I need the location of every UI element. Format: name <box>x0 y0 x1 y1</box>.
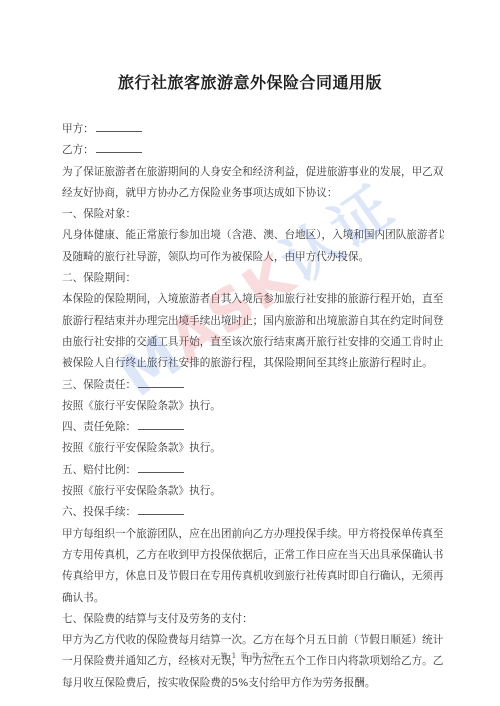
document-title: 旅行社旅客旅游意外保险合同通用版 <box>0 70 500 93</box>
section-heading: 五、赔付比例： <box>62 464 136 476</box>
section-text: 确认书。 <box>62 588 444 609</box>
section-text: 方专用传真机，乙方在收到甲方投保依据后，正常工作日应在当天出具承保确认书并 <box>62 545 444 566</box>
section-heading-row: 五、赔付比例： <box>62 460 444 481</box>
section-heading-row: 三、保险责任： <box>62 375 444 396</box>
section-text: 甲方每组织一个旅游团队，应在出团前向乙方办理投保手续。甲方将投保单传真至乙 <box>62 524 444 545</box>
fill-blank <box>138 419 184 430</box>
section-text: 每月收互保险费后，按实收保险费的5%支付给甲方作为劳务报酬。 <box>62 673 444 694</box>
section-text: 按照《旅行平安保险条款》执行。 <box>62 438 444 459</box>
section-text: 本保险的保险期间，入境旅游者自其入境后参加旅行社安排的旅游行程开始，直至该 <box>62 289 444 310</box>
section-text: 按照《旅行平安保险条款》执行。 <box>62 396 444 417</box>
section-text: 被保险人自行终止旅行社安排的旅游行程，其保险期间至其终止旅游行程时止。 <box>62 353 444 374</box>
section-text: 及随畸的旅行社导游，领队均可作为被保险人，由甲方代办投保。 <box>62 247 444 268</box>
section-text: 传真给甲方，休息日及节假日在专用传真机收到旅行社传真时即自行确认，无须再发 <box>62 566 444 587</box>
section-text: 由旅行社安排的交通工具开始，直至该次旅行结束离开旅行社安排的交通工肯时止， <box>62 332 444 353</box>
section-heading: 四、责任免除： <box>62 421 136 433</box>
intro-line: 经友好协商，就甲方协办乙方保险业务事项达成如下协议： <box>62 183 444 204</box>
section-heading-row: 四、责任免除： <box>62 417 444 438</box>
party-a-blank <box>96 121 142 132</box>
section-heading: 七、保险费的结算与支付及劳务的支付： <box>62 609 444 630</box>
party-b-blank <box>96 142 142 153</box>
section-text: 旅游行程结束并办理完出境手续出境时止；国内旅游和出境旅游自其在约定时间登上 <box>62 311 444 332</box>
section-heading-row: 六、投保手续： <box>62 502 444 523</box>
section-text: 凡身体健康、能正常旅行参加出境（含港、澳、台地区），入境和国内团队旅游者以 <box>62 225 444 246</box>
section-heading: 一、保险对象： <box>62 204 444 225</box>
fill-blank <box>138 462 184 473</box>
fill-blank <box>138 377 184 388</box>
fill-blank <box>138 504 184 515</box>
document-body: 甲方： 乙方： 为了保证旅游者在旅游期间的人身安全和经济利益，促进旅游事业的发展… <box>62 119 444 694</box>
section-heading: 二、保险期间： <box>62 268 444 289</box>
section-text: 按照《旅行平安保险条款》执行。 <box>62 481 444 502</box>
section-heading: 三、保险责任： <box>62 379 136 391</box>
document-page: 旅行社旅客旅游意外保险合同通用版 甲方： 乙方： 为了保证旅游者在旅游期间的人身… <box>0 0 500 706</box>
section-text: 甲方为乙方代收的保险费每月结算一次。乙方在每个月五日前（节假日顺延）统计前 <box>62 630 444 651</box>
section-heading: 六、投保手续： <box>62 506 136 518</box>
party-b-label: 乙方： <box>62 144 94 156</box>
page-number-footer: 第 1 页 共 2 页 <box>0 651 500 661</box>
party-b-line: 乙方： <box>62 140 444 161</box>
party-a-label: 甲方： <box>62 123 94 135</box>
party-a-line: 甲方： <box>62 119 444 140</box>
intro-line: 为了保证旅游者在旅游期间的人身安全和经济利益，促进旅游事业的发展，甲乙双方 <box>62 162 444 183</box>
